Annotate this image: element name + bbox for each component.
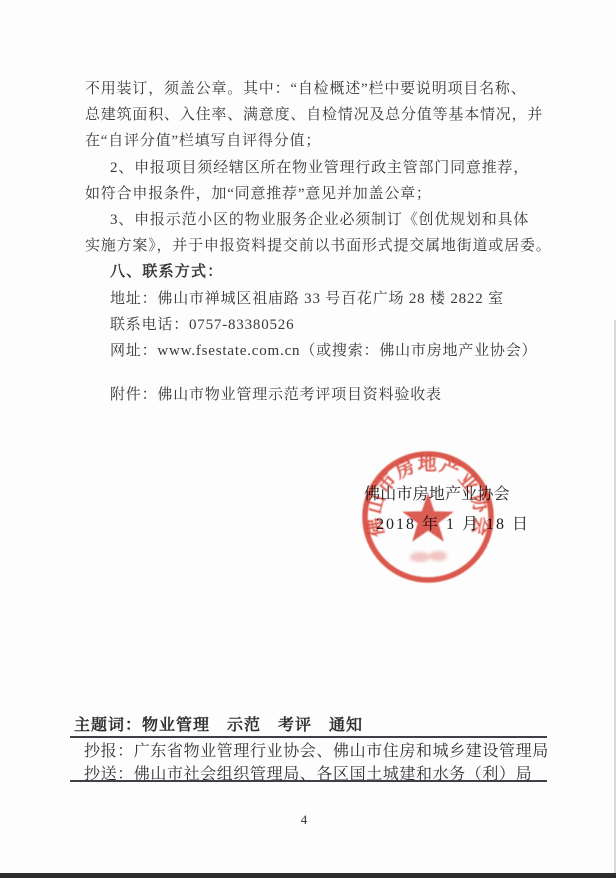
- paragraph-item-2: 2、申报项目须经辖区所在物业管理行政主管部门同意推荐，: [85, 155, 549, 181]
- contact-website: 网址：www.fsestate.com.cn（或搜索：佛山市房地产业协会）: [85, 338, 549, 364]
- body-line: 实施方案》，并于申报资料提交前以书面形式提交属地街道或居委。: [85, 233, 549, 259]
- seal-star-icon: [402, 493, 453, 542]
- body-line-continuation: 不用装订，须盖公章。其中：“自检概述”栏中要说明项目名称、: [85, 76, 549, 102]
- body-line: 在“自评分值”栏填写自评得分值；: [85, 128, 549, 154]
- body-line: 总建筑面积、入住率、满意度、自检情况及总分值等基本情况，并: [85, 102, 549, 128]
- contact-phone: 联系电话：0757-83380526: [85, 312, 549, 338]
- page-number: 4: [0, 812, 608, 828]
- contact-address: 地址：佛山市禅城区祖庙路 33 号百花广场 28 楼 2822 室: [85, 286, 549, 312]
- document-body: 不用装订，须盖公章。其中：“自检概述”栏中要说明项目名称、 总建筑面积、入住率、…: [85, 76, 549, 408]
- scan-edge-bottom: [0, 873, 616, 878]
- footer-divider-bottom: [70, 780, 547, 782]
- footer-copy-report: 抄报：广东省物业管理行业协会、佛山市住房和城乡建设管理局: [84, 740, 549, 763]
- paragraph-item-3: 3、申报示范小区的物业服务企业必须制订《创优规划和具体: [85, 207, 549, 233]
- footer-keywords: 主题词：物业管理 示范 考评 通知: [74, 714, 363, 738]
- section-heading-contact: 八、联系方式：: [85, 259, 549, 285]
- body-line: 如符合申报条件，加“同意推荐”意见并加盖公章；: [85, 181, 549, 207]
- document-page: 不用装订，须盖公章。其中：“自检概述”栏中要说明项目名称、 总建筑面积、入住率、…: [0, 0, 616, 878]
- footer-copy-send: 抄送：佛山市社会组织管理局、各区国土城建和水务（利）局: [84, 763, 532, 786]
- attachment-note: 附件：佛山市物业管理示范考评项目资料验收表: [85, 382, 549, 408]
- official-seal: 佛山市房地产业协会: [358, 447, 498, 587]
- footer-divider-top: [70, 736, 547, 738]
- seal-smudge: [410, 551, 447, 562]
